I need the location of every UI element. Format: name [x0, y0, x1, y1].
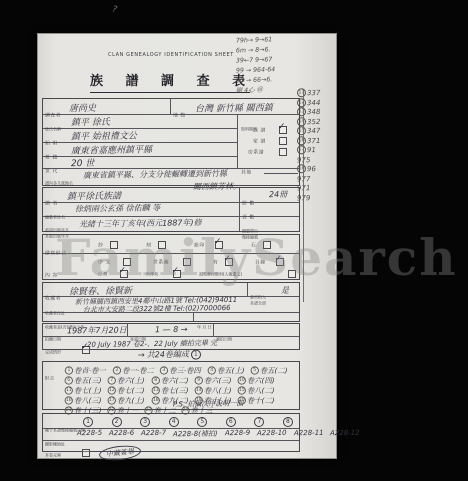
- checkbox-icon: ✓: [288, 270, 296, 278]
- notes-volume-item: 3 卷三·卷四: [160, 366, 201, 374]
- value-volume-count: 24冊: [269, 189, 287, 200]
- volume-text: 卷六(上): [117, 376, 145, 384]
- circled-number-icon: 1: [65, 366, 73, 374]
- reel-code-list: A228-5A228-6A228-7A228-8(補拍)A228-9A228-1…: [77, 429, 360, 439]
- checkbox-icon: ✓: [276, 258, 284, 266]
- label-notes: 附 註: [45, 375, 54, 381]
- circled-number-icon: 3: [160, 366, 168, 374]
- volume-text: 卷八(上): [204, 386, 232, 394]
- checkbox-icon: ✓: [263, 241, 271, 249]
- circled-number-icon: 5: [197, 417, 207, 427]
- content-option-label: 世傳人: [146, 271, 158, 277]
- table-collector: 收藏者 徐賢春、徐賢新 是否拍入 本譜全部 是 收藏者住址 新竹縣關西鎮西安里4…: [42, 282, 300, 322]
- value-filming-date: 1987年7月20日: [67, 325, 127, 337]
- format-option-label: 抄: [98, 242, 103, 249]
- notes-volume-item: 5 卷五(二): [251, 366, 288, 374]
- volume-text: 卷六(四): [247, 376, 275, 384]
- label-location: 地 點: [173, 112, 186, 119]
- volume-text: 卷三·卷四: [169, 366, 201, 374]
- label-completion: 完成情形: [45, 349, 61, 355]
- format-option: 鉛印 ✓: [194, 239, 223, 250]
- content-option-label: 序 文: [98, 259, 111, 266]
- paper-crease-line: [303, 90, 304, 302]
- circled-number-icon: 18: [151, 396, 159, 404]
- notes-volume-item: 9 卷六(三): [194, 376, 231, 384]
- circled-number-icon: 6: [226, 417, 236, 427]
- notes-volume-item: 4 卷五(上): [207, 366, 244, 374]
- check-mark-icon: ✓: [224, 254, 232, 264]
- circled-number-icon: 8: [151, 376, 159, 384]
- circled-number-icon: 11: [65, 386, 73, 394]
- check-mark-icon: ✓: [119, 266, 127, 276]
- value-location: 台灣 新竹縣 關西鎮: [195, 100, 273, 114]
- value-edition-date: 光緒十三年丁亥年(西元1887年)修: [79, 217, 202, 230]
- label-copy-format: 繕寫形式: [45, 250, 67, 257]
- checkbox-icon: ✓: [215, 241, 223, 249]
- format-option-label: 石: [251, 242, 256, 249]
- notes-volume-item: 7 卷六(上): [108, 376, 145, 384]
- notes-volume-item: 17 卷九(上): [108, 396, 145, 404]
- margin-number: 347: [307, 127, 321, 135]
- circled-number-icon: 9: [194, 376, 202, 384]
- pencil-note-reel-total: →共24卷編成1: [138, 349, 201, 361]
- copy-format-options: 抄 ✓ 刻 ✓ 鉛印 ✓ 石 ✓: [98, 239, 271, 250]
- value-collector: 徐賢春、徐賢新: [69, 284, 132, 298]
- circled-number-icon: 17: [108, 396, 116, 404]
- table-format-content: 繕寫形式 抄 ✓ 刻 ✓ 鉛印 ✓ 石 ✓ 內 容 序 文 ✓: [42, 234, 300, 280]
- pencil-note-line: 90 → 66→6.: [236, 74, 322, 85]
- circled-number-icon: 1: [83, 417, 93, 427]
- circled-number-icon: 14: [194, 386, 202, 394]
- circled-number-icon: 4: [169, 417, 179, 427]
- notes-ps: P.S. 拍攝次序說明一面: [173, 399, 244, 410]
- reel-code: A228-8(補拍): [173, 429, 218, 440]
- checkbox-icon: ✓: [158, 241, 166, 249]
- circled-number-icon: 6: [65, 376, 73, 384]
- format-option-label: 鉛印: [194, 242, 205, 249]
- volume-text: 卷五(上): [216, 366, 244, 374]
- notes-volume-item: 2 卷一·卷二: [112, 366, 153, 374]
- value-surveyor: 唐尚史: [69, 101, 96, 114]
- margin-number: 337: [307, 89, 321, 97]
- circled-number-icon: 15: [238, 386, 246, 394]
- circled-number-icon: 8: [283, 417, 293, 427]
- circled-number-icon: 5: [251, 366, 259, 374]
- volume-text: 卷首·卷一: [74, 366, 106, 374]
- checkbox-icon: ✓: [225, 258, 233, 266]
- value-genealogy-title: 鎮平徐氏族譜: [67, 189, 121, 203]
- volume-text: 卷七(上): [74, 386, 102, 394]
- content-option-label: 目錄: [255, 259, 266, 266]
- format-option-label: 刻: [146, 242, 151, 249]
- margin-number: 344: [307, 98, 321, 106]
- other-blank-line: [264, 167, 298, 174]
- checkbox-icon: ✓: [279, 126, 287, 134]
- circled-number-icon: 2: [112, 366, 120, 374]
- circled-number-icon: 16: [65, 396, 73, 404]
- content-option-label: 行 傳: [98, 271, 107, 277]
- label-content: 內 容: [45, 272, 58, 279]
- format-option: 石 ✓: [251, 239, 271, 250]
- check-mark-icon: ✓: [275, 254, 283, 264]
- checkbox-icon: ✓: [279, 148, 287, 156]
- table-publication-info: 譜 名 鎮平徐氏族譜 冊 數 24冊 編纂者姓名 徐炳兩公玄孫 徐佑麟 等 頁 …: [42, 187, 300, 232]
- label-reel-complete: 本卷完畢: [45, 452, 61, 458]
- margin-number: 96: [307, 165, 316, 173]
- reel-code: A228-12: [330, 429, 360, 439]
- form-paper: CLAN GENEALOGY IDENTIFICATION SHEET 族 譜 …: [37, 33, 337, 459]
- content-option: 祖先牌位資料(人像遺文) ✓: [199, 268, 296, 279]
- category-option-label: 族 譜: [253, 127, 266, 134]
- volume-text: 卷九(上): [117, 396, 145, 404]
- check-mark-icon: ✓: [214, 237, 222, 247]
- format-option: 抄 ✓: [98, 239, 118, 250]
- content-option-label: 世系圖: [153, 259, 169, 266]
- notes-volume-item: 13 卷七(三): [151, 386, 188, 394]
- value-generations: 20 世: [71, 156, 95, 169]
- label-branch-places: 譜內各支派地名: [45, 180, 73, 186]
- reel-code: A228-10: [257, 429, 287, 439]
- notes-volume-item: 6 卷五(三): [65, 376, 102, 384]
- table-notes: 附 註 1 卷首·卷一 2 卷一·卷二 3 卷三·卷四 4 卷五(上) 5 卷五…: [42, 361, 300, 410]
- content-option-label: 有: [213, 259, 218, 266]
- label-filmed-all-2: 本譜全部: [250, 300, 266, 306]
- volume-text: 卷一·卷二: [122, 366, 154, 374]
- notes-volume-item: 10 卷六(四): [238, 376, 275, 384]
- pencil-note-line: 39←7 9→67: [236, 54, 322, 65]
- reel-code: A228-6: [109, 429, 134, 439]
- checkbox-icon: ✓: [120, 270, 128, 278]
- volume-text: 卷五(二): [260, 366, 288, 374]
- circled-number-icon: 11: [297, 88, 306, 97]
- value-return-date: 1 — 8 →: [155, 325, 188, 334]
- value-clan-name: 鎮平 徐氏: [71, 115, 110, 129]
- checkbox-icon: ✓: [173, 270, 181, 278]
- pencil-note-line: 79h→ 9→61: [236, 34, 322, 45]
- reel-code: A228-11: [294, 429, 324, 439]
- notes-volume-item: 11 卷七(上): [65, 386, 102, 394]
- circled-number-icon: 1: [191, 349, 201, 359]
- reel-code: A228-5: [77, 429, 102, 439]
- margin-number: 91: [307, 146, 316, 154]
- label-other: 其他: [241, 169, 252, 176]
- content-option: 目錄 ✓: [255, 256, 284, 267]
- margin-number: 371: [307, 136, 321, 144]
- checkbox-icon: [82, 449, 90, 457]
- circled-number-icon: 3: [140, 417, 150, 427]
- table-reel-index: 關于本譜微捲編號目錄 12345678 攝影棚地址 A228-5A228-6A2…: [42, 413, 300, 452]
- value-branch-places: 廣東省鎮平縣、分支分徙輾轉遷到新竹縣: [83, 168, 227, 181]
- pencil-note-line: 99 → 964-64: [236, 64, 322, 75]
- notes-volume-item: 12 卷七(二): [108, 386, 145, 394]
- volume-text: 卷七(二): [117, 386, 145, 394]
- notes-volume-item: 16 卷八(三): [65, 396, 102, 404]
- label-refilm-date: 補拍日期: [216, 336, 232, 342]
- category-option-label: 家 譜: [253, 138, 266, 145]
- form-header-english: CLAN GENEALOGY IDENTIFICATION SHEET: [89, 52, 254, 58]
- category-option: 族 譜 ✓: [239, 124, 297, 135]
- volume-text: 卷八(二): [247, 386, 275, 394]
- circled-number-icon: 10: [238, 376, 246, 384]
- volume-text: 卷七(三): [160, 386, 188, 394]
- notes-volume-item: 14 卷八(上): [194, 386, 231, 394]
- notes-volume-item: 1 卷首·卷一: [65, 366, 106, 374]
- circled-number-icon: 13: [151, 386, 159, 394]
- margin-number: 348: [307, 108, 321, 116]
- circled-number-icon: 2: [112, 417, 122, 427]
- reel-circled-numbers: 12345678: [83, 417, 293, 427]
- checkbox-icon: ✓: [183, 258, 191, 266]
- reel-code: A228-7: [141, 429, 166, 439]
- value-filmed-all: 是: [281, 285, 289, 296]
- value-first-ancestor: 鎮平 始祖禮文公: [71, 129, 137, 143]
- value-ancestral-home: 廣東省嘉應州鎮平縣: [71, 142, 152, 156]
- volume-text: 卷五(三): [74, 376, 102, 384]
- category-option-label: 房系譜: [248, 149, 264, 156]
- approval-stamp: 中藏簽畢: [98, 444, 141, 462]
- pencil-note-line: 6m → 8→6.: [236, 44, 322, 55]
- material-category-options: 族 譜 ✓ 家 譜 ✓ 房系譜 ✓: [239, 124, 297, 157]
- circled-number-icon: 7: [254, 417, 264, 427]
- circled-number-icon: 7: [108, 376, 116, 384]
- volume-text: 卷八(三): [74, 396, 102, 404]
- table-dates: 拍攝日期 1987年7月20日 寄還日期 1 — 8 → 補拍日期 完成情形 ✓…: [42, 323, 300, 350]
- microfilm-frame: ? CLAN GENEALOGY IDENTIFICATION SHEET 族 …: [0, 0, 468, 481]
- checkbox-icon: ✓: [110, 241, 118, 249]
- table-basic-info: 調查者 唐尚史 地 點 台灣 新竹縣 關西鎮 姓氏名稱 鎮平 徐氏 始 祖 鎮平…: [42, 98, 300, 186]
- content-option: 有 ✓: [213, 256, 233, 267]
- checkbox-icon: ✓: [279, 137, 287, 145]
- circled-number-icon: 12: [108, 386, 116, 394]
- volume-text: 卷十(二): [247, 396, 275, 404]
- film-scratch-mark: ?: [111, 5, 118, 16]
- content-option: 世傳人 ✓: [146, 268, 181, 279]
- volume-text: 卷六(二): [160, 376, 188, 384]
- check-mark-icon: ✓: [278, 122, 286, 132]
- check-mark-icon: ✓: [172, 266, 180, 276]
- value-compiler: 徐炳兩公玄孫 徐佑麟 等: [75, 202, 160, 214]
- margin-number: 352: [307, 117, 321, 125]
- checkbox-icon: ✓: [123, 258, 131, 266]
- content-option-label: 祖先牌位資料(人像遺文): [199, 271, 242, 277]
- notes-volume-item: 15 卷八(二): [238, 386, 275, 394]
- content-options-line2: 行 傳 ✓ 世傳人 ✓ 祖先牌位資料(人像遺文) ✓: [98, 268, 296, 279]
- content-option: 行 傳 ✓: [98, 268, 128, 279]
- category-option: 家 譜 ✓: [239, 135, 297, 146]
- reel-code: A228-9: [225, 429, 250, 439]
- format-option: 刻 ✓: [146, 239, 166, 250]
- volume-text: 卷六(三): [204, 376, 232, 384]
- circled-number-icon: 4: [207, 366, 215, 374]
- notes-volume-item: 8 卷六(二): [151, 376, 188, 384]
- form-title: 族 譜 調 查 表: [90, 70, 250, 93]
- category-option: 房系譜 ✓: [239, 146, 297, 157]
